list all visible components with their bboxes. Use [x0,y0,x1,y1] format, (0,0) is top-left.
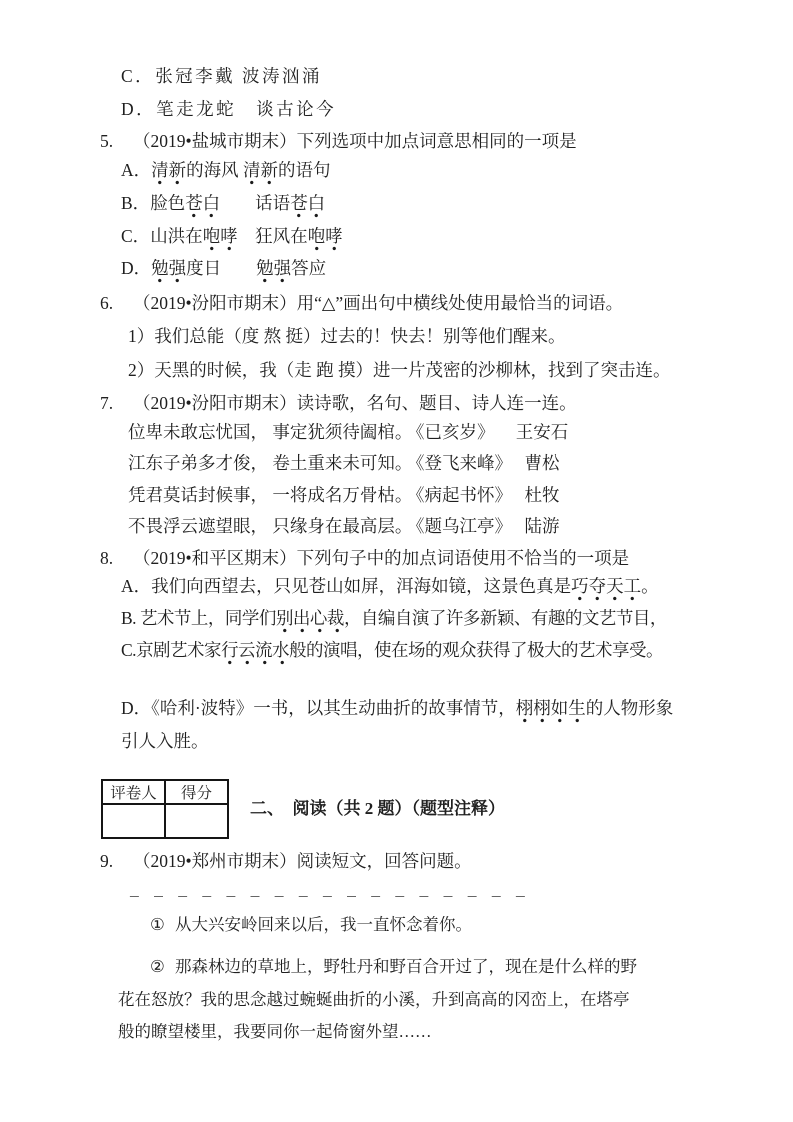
option-label: A． [121,160,151,180]
q5-option-d: D．勉强度日 勉强答应 [121,256,326,280]
poem-poet: 杜牧 [502,483,582,507]
grader-value-row [102,804,228,838]
grader-header-row: 评卷人 得分 [102,780,228,804]
grader-value-cell [102,804,165,838]
plain-text: 话语 [220,193,290,213]
emphasized-text: 苍白 [185,193,220,218]
question-number: 7. [100,391,133,415]
option-text: 艺术节上，同学们别出心裁，自编自演了许多新颖、有趣的文艺节目， [136,608,667,633]
question-number: 9. [100,849,133,873]
option-label: C． [121,66,155,86]
passage-paragraph-2: ②那森林边的草地上，野牡丹和野百合开过了，现在是什么样的野 [150,955,637,979]
poem-row: 不畏浮云遮望眼， 只缘身在最高层。《题乌江亭》陆游 [128,514,412,538]
emphasized-text: 巧夺天工 [571,576,641,601]
paragraph-text: 花在怒放？我的思念越过蜿蜒曲折的小溪，升到高高的冈峦上，在塔亭 [118,990,630,1009]
option-text: 《哈利·波特》一书，以其生动曲折的故事情节，栩栩如生的人物形象 [151,698,673,723]
poem-title: 《题乌江亭》 [407,514,512,538]
option-label: D． [121,99,156,119]
option-label: B． [121,193,150,213]
poem-poet: 曹松 [502,451,582,475]
q8-option-d: D．《哈利·波特》一书，以其生动曲折的故事情节，栩栩如生的人物形象 [121,696,673,720]
plain-text: 答应 [291,258,326,278]
plain-text: 艺术节上，同学们 [136,608,276,628]
paragraph-text: 那森林边的草地上，野牡丹和野百合开过了，现在是什么样的野 [175,957,637,976]
plain-text: 。 [641,576,659,596]
plain-text: 的人物形象 [586,698,674,718]
q8-stem: 8.（2019•和平区期末）下列句子中的加点词语使用不恰当的一项是 [100,546,629,570]
poem-title: 《登飞来峰》 [407,451,512,475]
option-text: 勉强度日 勉强答应 [151,258,326,283]
plain-text: 山洪在 [150,226,203,246]
poem-row: 江东子弟多才俊， 卷土重来未可知。《登飞来峰》曹松 [128,451,412,475]
paragraph-text: 般的瞭望楼里，我要同你一起倚窗外望…… [118,1022,432,1041]
q7-stem: 7.（2019•汾阳市期末）读诗歌，名句、题目、诗人连一连。 [100,391,577,415]
poem-line: 不畏浮云遮望眼， 只缘身在最高层。 [128,516,412,536]
option-text: 笔走龙蛇 谈古论今 [156,99,336,119]
q9-stem: 9.（2019•郑州市期末）阅读短文，回答问题。 [100,849,472,873]
plain-text: 我们向西望去，只见苍山如屏，洱海如镜，这景色真是 [151,576,571,596]
option-label: C． [121,226,150,246]
question-stem-text: （2019•汾阳市期末）读诗歌，名句、题目、诗人连一连。 [133,393,577,413]
passage-paragraph-1: ①从大兴安岭回来以后，我一直怀念着你。 [150,913,472,937]
question-number: 6. [100,291,133,315]
q8-option-c: C.京剧艺术家行云流水般的演唱，使在场的观众获得了极大的艺术享受。 [121,638,663,662]
plain-text: 狂风在 [238,226,308,246]
emphasized-text: 别出心裁 [276,608,344,633]
poem-line: 位卑未敢忘忧国， 事定犹须待阖棺。 [128,422,412,442]
grader-header-cell: 评卷人 [102,780,165,804]
question-stem-text: （2019•郑州市期末）阅读短文，回答问题。 [133,851,472,871]
q6-item-2: 2）天黑的时候，我（走 跑 摸）进一片茂密的沙柳林，找到了突击连。 [128,358,671,382]
passage-continuation-1: 花在怒放？我的思念越过蜿蜒曲折的小溪，升到高高的冈峦上，在塔亭 [118,988,630,1012]
q8-option-d-continuation: 引人入胜。 [121,729,209,753]
poem-row: 凭君莫话封候事， 一将成名万骨枯。《病起书怀》杜牧 [128,483,412,507]
emphasized-text: 勉强 [256,258,291,283]
plain-text: 脸色 [150,193,185,213]
circled-number-1: ① [150,913,175,937]
option-text: 引人入胜。 [121,731,209,751]
q8-option-b: B. 艺术节上，同学们别出心裁，自编自演了许多新颖、有趣的文艺节目， [121,606,667,630]
emphasized-text: 清新 [243,160,278,185]
dashed-separator: – – – – – – – – – – – – – – – – – [130,886,525,904]
option-text: 张冠李戴 波涛汹涌 [155,66,322,86]
emphasized-text: 栩栩如生 [516,698,586,723]
score-value-cell [165,804,228,838]
question-stem-text: （2019•和平区期末）下列句子中的加点词语使用不恰当的一项是 [133,548,629,568]
option-label: A． [121,576,151,596]
q6-item-1: 1）我们总能（度 熬 挺）过去的！快去！别等他们醒来。 [128,324,566,348]
exam-page: C．张冠李戴 波涛汹涌 D．笔走龙蛇 谈古论今 5.（2019•盐城市期末）下列… [0,0,793,1122]
q4-option-d: D．笔走龙蛇 谈古论今 [121,97,336,121]
option-text: 我们向西望去，只见苍山如屏，洱海如镜，这景色真是巧夺天工。 [151,576,659,601]
question-stem-text: （2019•盐城市期末）下列选项中加点词意思相同的一项是 [133,131,577,151]
option-label: D． [121,698,151,718]
grader-score-box: 评卷人 得分 [101,779,229,839]
plain-text: 京剧艺术家 [136,640,221,660]
emphasized-text: 清新 [151,160,186,185]
paragraph-text: 从大兴安岭回来以后，我一直怀念着你。 [175,915,472,934]
option-text: 清新的海风 清新的语句 [151,160,330,185]
q4-option-c: C．张冠李戴 波涛汹涌 [121,64,322,88]
plain-text: 的海风 [186,160,243,180]
plain-text: 的语句 [278,160,331,180]
question-number: 8. [100,546,133,570]
emphasized-text: 咆哮 [308,226,343,251]
poem-line: 凭君莫话封候事， 一将成名万骨枯。 [128,485,412,505]
score-header-cell: 得分 [165,780,228,804]
q8-option-a: A．我们向西望去，只见苍山如屏，洱海如镜，这景色真是巧夺天工。 [121,574,659,598]
passage-continuation-2: 般的瞭望楼里，我要同你一起倚窗外望…… [118,1020,432,1044]
circled-number-2: ② [150,955,175,979]
q5-option-c: C．山洪在咆哮 狂风在咆哮 [121,224,343,248]
plain-text: ，自编自演了许多新颖、有趣的文艺节目， [344,608,667,628]
item-text: 1）我们总能（度 熬 挺）过去的！快去！别等他们醒来。 [128,326,566,346]
emphasized-text: 苍白 [290,193,325,218]
option-text: 京剧艺术家行云流水般的演唱，使在场的观众获得了极大的艺术享受。 [136,640,663,665]
q6-stem: 6.（2019•汾阳市期末）用“△”画出句中横线处使用最恰当的词语。 [100,291,623,315]
plain-text: 《哈利·波特》一书，以其生动曲折的故事情节， [151,698,516,718]
poem-line: 江东子弟多才俊， 卷土重来未可知。 [128,453,412,473]
option-text: 山洪在咆哮 狂风在咆哮 [150,226,343,251]
option-label: C. [121,640,136,660]
option-label: D． [121,258,151,278]
plain-text: 度日 [186,258,256,278]
poem-poet: 王安石 [502,420,582,444]
option-text: 脸色苍白 话语苍白 [150,193,325,218]
poem-title: 《已亥岁》 [407,420,495,444]
emphasized-text: 行云流水 [221,640,289,665]
emphasized-text: 勉强 [151,258,186,283]
q5-stem: 5.（2019•盐城市期末）下列选项中加点词意思相同的一项是 [100,129,577,153]
item-text: 2）天黑的时候，我（走 跑 摸）进一片茂密的沙柳林，找到了突击连。 [128,360,671,380]
q5-option-b: B．脸色苍白 话语苍白 [121,191,325,215]
question-stem-text: （2019•汾阳市期末）用“△”画出句中横线处使用最恰当的词语。 [133,293,623,313]
section-2-heading: 二、 阅读（共 2 题）（题型注释） [250,797,505,821]
poem-poet: 陆游 [502,514,582,538]
emphasized-text: 咆哮 [203,226,238,251]
question-number: 5. [100,129,133,153]
q5-option-a: A．清新的海风 清新的语句 [121,158,331,182]
poem-title: 《病起书怀》 [407,483,512,507]
plain-text: 般的演唱，使在场的观众获得了极大的艺术享受。 [289,640,663,660]
poem-row: 位卑未敢忘忧国， 事定犹须待阖棺。《已亥岁》王安石 [128,420,412,444]
option-label: B. [121,608,136,628]
